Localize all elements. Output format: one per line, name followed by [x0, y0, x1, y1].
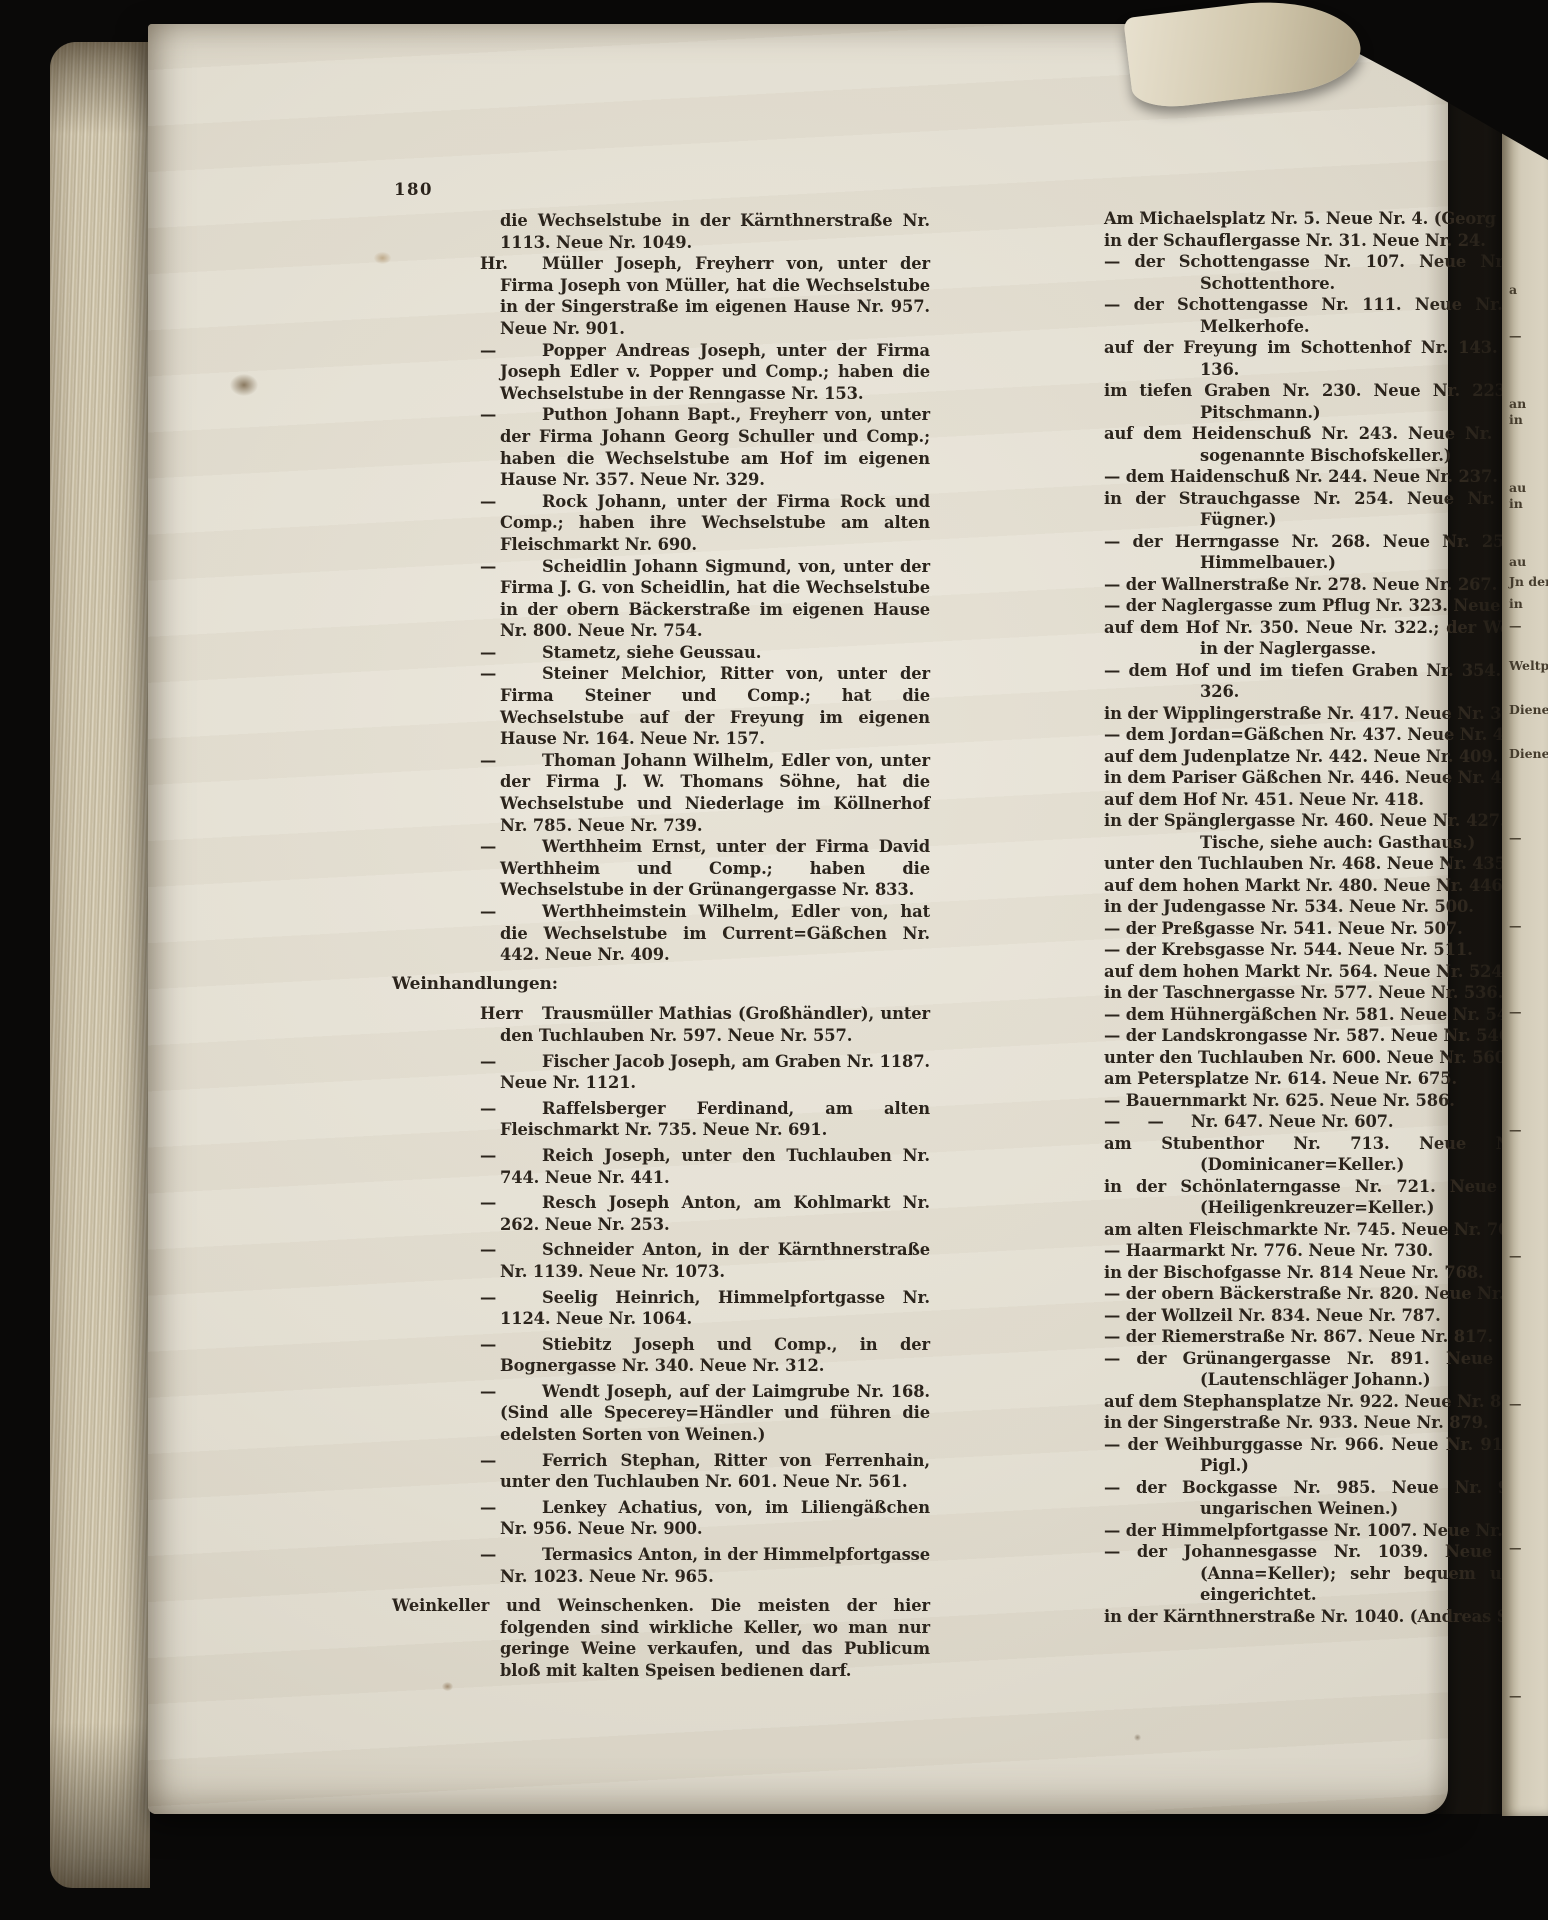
entry-marker: — — [480, 340, 542, 362]
entry-marker: — — [480, 901, 542, 923]
facing-page-sliver: a—aninauinauJn derin—WeltpriesteDiener: … — [1502, 56, 1548, 1816]
entry-text: Popper Andreas Joseph, unter der Firma J… — [500, 341, 930, 403]
directory-entry: —Rock Johann, unter der Firma Rock und C… — [500, 491, 930, 556]
directory-entry: —Stametz, siehe Geussau. — [500, 642, 930, 664]
entry-text: — der Krebsgasse Nr. 544. Neue Nr. 511. — [1104, 940, 1473, 959]
entry-text: Steiner Melchior, Ritter von, unter der … — [500, 664, 930, 748]
fragment-text: Diener: N — [1509, 702, 1548, 717]
facing-page-text-fragment: an — [1509, 396, 1526, 411]
facing-page-text-fragment: au — [1509, 480, 1526, 495]
weinkeller-note: Weinkeller und Weinschenken. Die meisten… — [500, 1595, 930, 1681]
entry-text: Ferrich Stephan, Ritter von Ferrenhain, … — [500, 1451, 930, 1492]
entry-text: Reich Joseph, unter den Tuchlauben Nr. 7… — [500, 1146, 930, 1187]
entry-text: Lenkey Achatius, von, im Liliengäßchen N… — [500, 1498, 930, 1539]
entry-marker: — — [480, 1192, 542, 1214]
entry-text: auf dem Hof Nr. 451. Neue Nr. 418. — [1104, 790, 1424, 809]
entry-text: Trausmüller Mathias (Großhändler), unter… — [500, 1004, 930, 1045]
book-page: 180 die Wechselstube in der Kärnthnerstr… — [148, 24, 1448, 1814]
entry-marker: — — [480, 750, 542, 772]
directory-entry: —Lenkey Achatius, von, im Liliengäßchen … — [500, 1497, 930, 1540]
section-heading-weinhandlungen: Weinhandlungen: — [392, 974, 930, 996]
fragment-text: — — [1509, 830, 1522, 845]
fragment-text: au — [1509, 554, 1526, 569]
directory-entry: —Resch Joseph Anton, am Kohlmarkt Nr. 26… — [500, 1192, 930, 1235]
fragment-text: in — [1509, 496, 1523, 511]
facing-page-text-fragment: — — [1509, 1688, 1522, 1703]
directory-entry: —Schneider Anton, in der Kärnthnerstraße… — [500, 1239, 930, 1282]
directory-entry: —Popper Andreas Joseph, unter der Firma … — [500, 340, 930, 405]
directory-entry: —Stiebitz Joseph und Comp., in der Bogne… — [500, 1334, 930, 1377]
fragment-text: — — [1509, 1396, 1522, 1411]
fragment-text: in — [1509, 596, 1523, 611]
facing-page-text-fragment: in — [1509, 412, 1523, 427]
fragment-text: a — [1509, 282, 1517, 297]
left-column: die Wechselstube in der Kärnthnerstraße … — [500, 210, 930, 1682]
entry-text: — — Nr. 647. Neue Nr. 607. — [1104, 1112, 1393, 1131]
entry-marker: — — [480, 1098, 542, 1120]
entry-marker: — — [480, 1334, 542, 1356]
facing-page-text-fragment: — — [1509, 618, 1522, 633]
directory-entry: —Puthon Johann Bapt., Freyherr von, unte… — [500, 404, 930, 490]
entry-text: Stiebitz Joseph und Comp., in der Bogner… — [500, 1335, 930, 1376]
directory-entry: —Werthheim Ernst, unter der Firma David … — [500, 836, 930, 901]
facing-page-text-fragment: — — [1509, 1396, 1522, 1411]
entry-marker: — — [480, 1544, 542, 1566]
entry-marker: — — [480, 1381, 542, 1403]
paper-stain — [442, 1682, 453, 1691]
entry-text: Werthheim Ernst, unter der Firma David W… — [500, 837, 930, 899]
directory-entry: —Raffelsberger Ferdinand, am alten Fleis… — [500, 1098, 930, 1141]
directory-entry: —Thoman Johann Wilhelm, Edler von, unter… — [500, 750, 930, 836]
entry-text: Werthheimstein Wilhelm, Edler von, hat d… — [500, 902, 930, 964]
paper-stain — [374, 252, 391, 264]
entry-text: Thoman Johann Wilhelm, Edler von, unter … — [500, 751, 930, 835]
book-photo: 180 die Wechselstube in der Kärnthnerstr… — [0, 0, 1548, 1920]
entry-marker: — — [480, 1239, 542, 1261]
facing-page-text-fragment: — — [1509, 328, 1522, 343]
fragment-text: an — [1509, 396, 1526, 411]
entry-text: Stametz, siehe Geussau. — [542, 643, 761, 662]
entry-marker: — — [480, 556, 542, 578]
fragment-text: Diener D — [1509, 746, 1548, 761]
fragment-text: — — [1509, 328, 1522, 343]
facing-page-text-fragment: Diener D — [1509, 746, 1548, 761]
entry-text: — Haarmarkt Nr. 776. Neue Nr. 730. — [1104, 1241, 1433, 1260]
gutter-shadow — [1426, 24, 1504, 1814]
entry-text: Müller Joseph, Freyherr von, unter der F… — [500, 254, 930, 338]
entry-marker: — — [480, 1497, 542, 1519]
fragment-text: Weltprieste — [1509, 658, 1548, 673]
facing-page-text-fragment: Weltprieste — [1509, 658, 1548, 673]
directory-entry: —Scheidlin Johann Sigmund, von, unter de… — [500, 556, 930, 642]
facing-page-text-fragment: — — [1509, 1540, 1522, 1555]
weinhandlungen-list: HerrTrausmüller Mathias (Großhändler), u… — [500, 1003, 930, 1587]
entry-marker: — — [480, 663, 542, 685]
facing-page-text-fragment: Diener: N — [1509, 702, 1548, 717]
entry-text: Seelig Heinrich, Himmelpfortgasse Nr. 11… — [500, 1288, 930, 1329]
fragment-text: — — [1509, 1540, 1522, 1555]
paper-stain — [1134, 1734, 1141, 1741]
entry-text: Schneider Anton, in der Kärnthnerstraße … — [500, 1240, 930, 1281]
directory-entry: HerrTrausmüller Mathias (Großhändler), u… — [500, 1003, 930, 1046]
entry-text: in der Judengasse Nr. 534. Neue Nr. 500. — [1104, 897, 1474, 916]
entry-text: am Petersplatze Nr. 614. Neue Nr. 675. — [1104, 1069, 1457, 1088]
entry-marker: — — [480, 1287, 542, 1309]
entry-text: Termasics Anton, in der Himmelpfortgasse… — [500, 1545, 930, 1586]
fragment-text: — — [1509, 1122, 1522, 1137]
entry-marker: — — [480, 1051, 542, 1073]
facing-page-text-fragment: in — [1509, 596, 1523, 611]
directory-entry: —Seelig Heinrich, Himmelpfortgasse Nr. 1… — [500, 1287, 930, 1330]
paper-stain — [230, 374, 258, 396]
entry-text: Resch Joseph Anton, am Kohlmarkt Nr. 262… — [500, 1193, 930, 1234]
fragment-text: — — [1509, 1004, 1522, 1019]
wechselstuben-list: die Wechselstube in der Kärnthnerstraße … — [500, 210, 930, 966]
entry-text: — Bauernmarkt Nr. 625. Neue Nr. 586. — [1104, 1091, 1455, 1110]
entry-text: die Wechselstube in der Kärnthnerstraße … — [500, 211, 930, 252]
facing-page-text-fragment: — — [1509, 1122, 1522, 1137]
facing-page-text-fragment: a — [1509, 282, 1517, 297]
page-number: 180 — [394, 180, 433, 199]
entry-text: Raffelsberger Ferdinand, am alten Fleisc… — [500, 1099, 930, 1140]
directory-entry: —Termasics Anton, in der Himmelpfortgass… — [500, 1544, 930, 1587]
facing-page-text-fragment: au — [1509, 554, 1526, 569]
directory-entry: —Steiner Melchior, Ritter von, unter der… — [500, 663, 930, 749]
directory-entry: —Werthheimstein Wilhelm, Edler von, hat … — [500, 901, 930, 966]
directory-entry: —Fischer Jacob Joseph, am Graben Nr. 118… — [500, 1051, 930, 1094]
entry-marker: — — [480, 1145, 542, 1167]
fragment-text: — — [1509, 1688, 1522, 1703]
entry-marker: — — [480, 491, 542, 513]
entry-text: Scheidlin Johann Sigmund, von, unter der… — [500, 557, 930, 641]
entry-text: Rock Johann, unter der Firma Rock und Co… — [500, 492, 930, 554]
facing-page-text-fragment: — — [1509, 918, 1522, 933]
fragment-text: Jn der — [1509, 574, 1548, 589]
entry-text: — der Wollzeil Nr. 834. Neue Nr. 787. — [1104, 1306, 1441, 1325]
entry-marker: — — [480, 404, 542, 426]
fragment-text: — — [1509, 1248, 1522, 1263]
fragment-text: — — [1509, 918, 1522, 933]
directory-entry: Hr.Müller Joseph, Freyherr von, unter de… — [500, 253, 930, 339]
entry-text: Puthon Johann Bapt., Freyherr von, unter… — [500, 405, 930, 489]
page-edge-stack — [50, 42, 150, 1888]
entry-text: Wendt Joseph, auf der Laimgrube Nr. 168.… — [500, 1382, 930, 1444]
facing-page-text-fragment: in — [1509, 496, 1523, 511]
directory-entry: —Wendt Joseph, auf der Laimgrube Nr. 168… — [500, 1381, 930, 1446]
directory-entry: die Wechselstube in der Kärnthnerstraße … — [500, 210, 930, 253]
entry-marker: — — [480, 642, 542, 664]
fragment-text: — — [1509, 618, 1522, 633]
entry-text: — der Preßgasse Nr. 541. Neue Nr. 507. — [1104, 919, 1463, 938]
entry-text: Fischer Jacob Joseph, am Graben Nr. 1187… — [500, 1052, 930, 1093]
fragment-text: au — [1509, 480, 1526, 495]
facing-page-text-fragment: — — [1509, 1004, 1522, 1019]
facing-page-text-fragment: — — [1509, 1248, 1522, 1263]
entry-marker: Hr. — [480, 253, 542, 275]
entry-marker: — — [480, 836, 542, 858]
fragment-text: in — [1509, 412, 1523, 427]
directory-entry: —Ferrich Stephan, Ritter von Ferrenhain,… — [500, 1450, 930, 1493]
facing-page-text-fragment: — — [1509, 830, 1522, 845]
facing-page-text-fragment: Jn der — [1509, 574, 1548, 589]
directory-entry: —Reich Joseph, unter den Tuchlauben Nr. … — [500, 1145, 930, 1188]
entry-marker: Herr — [480, 1003, 542, 1025]
entry-marker: — — [480, 1450, 542, 1472]
